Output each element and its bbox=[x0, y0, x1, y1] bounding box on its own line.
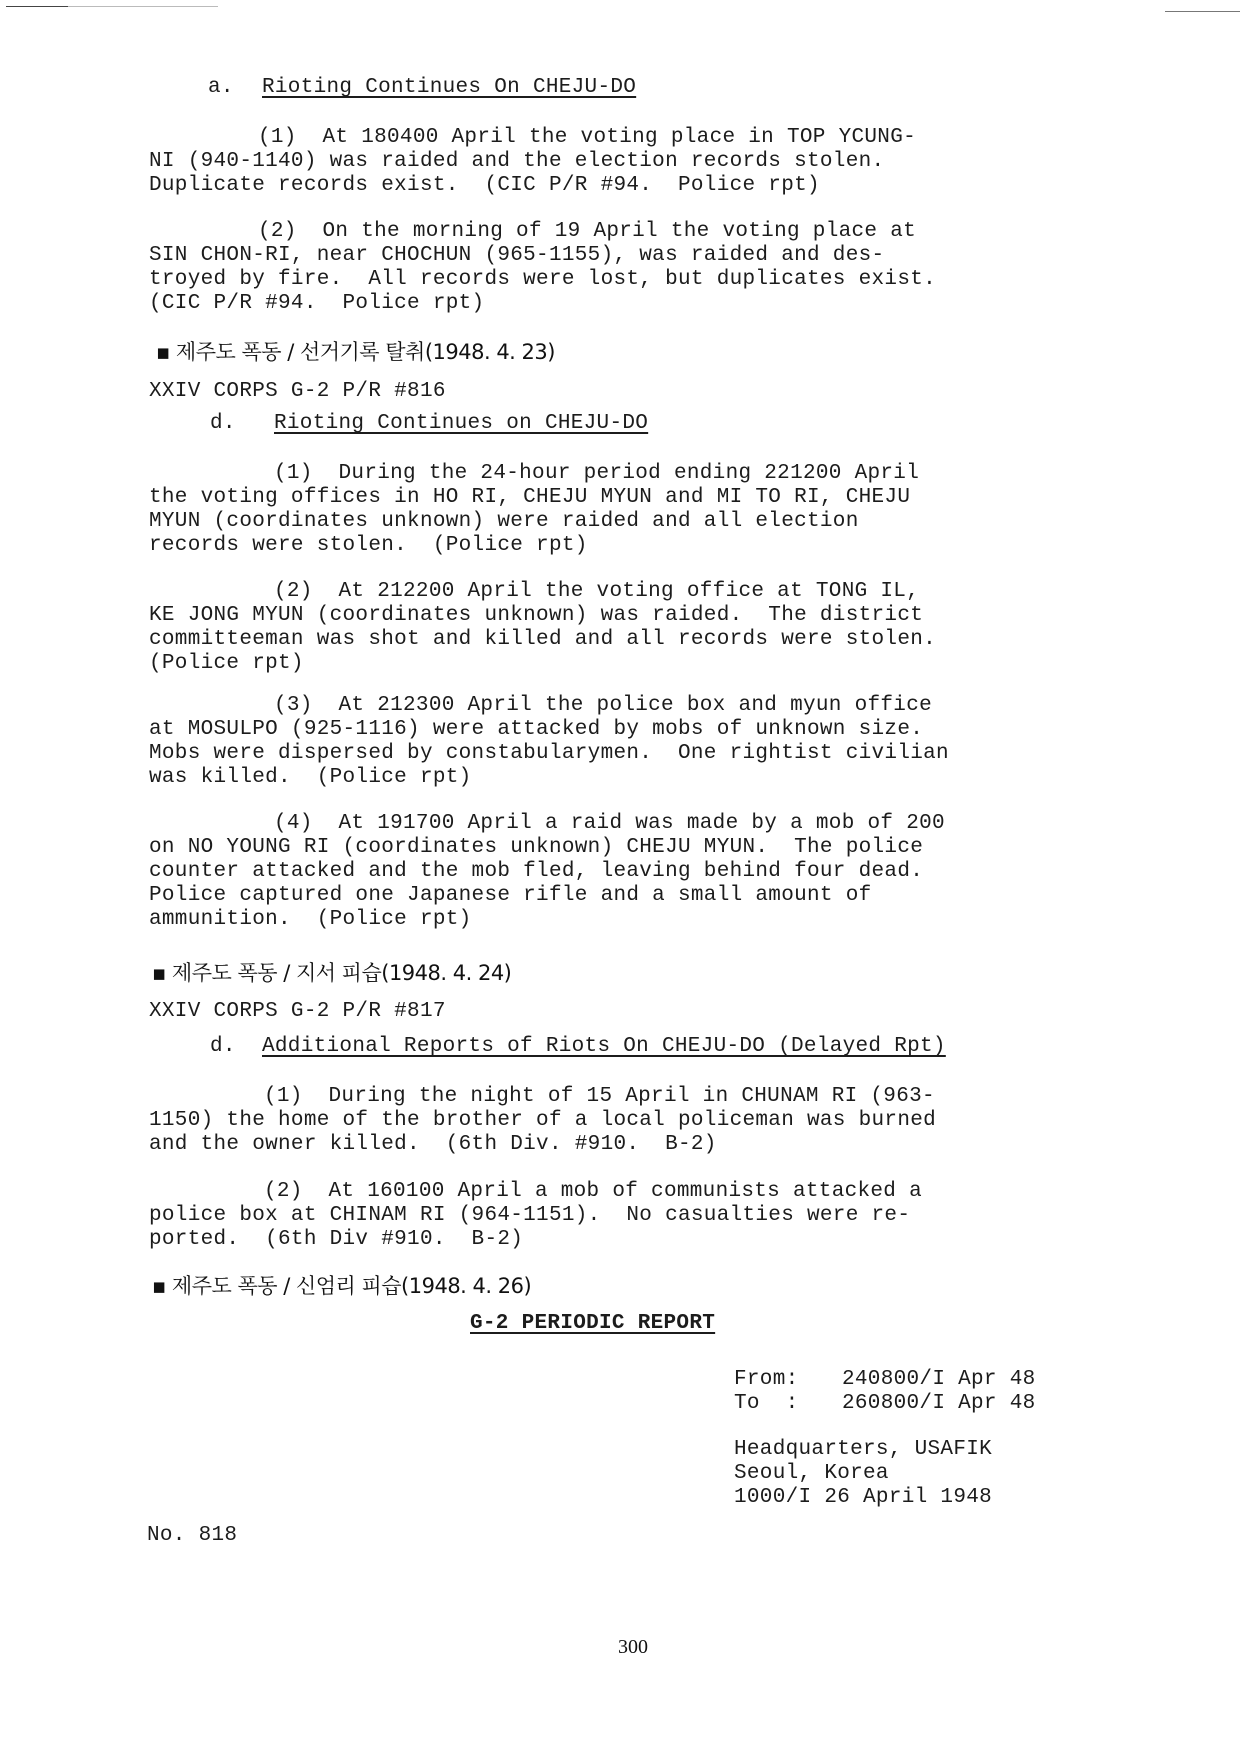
text-line: counter attacked and the mob fled, leavi… bbox=[149, 860, 923, 884]
text-line: (1) During the 24-hour period ending 221… bbox=[274, 462, 919, 486]
scan-artifact-line bbox=[68, 6, 218, 7]
periodic-report-title: G-2 PERIODIC REPORT bbox=[470, 1312, 715, 1336]
text-line: (1) During the night of 15 April in CHUN… bbox=[264, 1085, 935, 1109]
text-line: and the owner killed. (6th Div. #910. B-… bbox=[149, 1133, 717, 1157]
from-value: 240800/I Apr 48 bbox=[842, 1368, 1036, 1392]
text-line: police box at CHINAM RI (964-1151). No c… bbox=[149, 1204, 910, 1228]
scan-artifact-line bbox=[6, 6, 68, 7]
report-816-reference: XXIV CORPS G-2 P/R #816 bbox=[149, 380, 446, 404]
report-817-reference: XXIV CORPS G-2 P/R #817 bbox=[149, 1000, 446, 1024]
text-line: KE JONG MYUN (coordinates unknown) was r… bbox=[149, 604, 923, 628]
text-line: at MOSULPO (925-1116) were attacked by m… bbox=[149, 718, 923, 742]
text-line: (2) At 160100 April a mob of communists … bbox=[264, 1180, 922, 1204]
scan-artifact-line bbox=[1165, 11, 1240, 12]
text-line: Duplicate records exist. (CIC P/R #94. P… bbox=[149, 174, 820, 198]
section-a-label: a. bbox=[208, 76, 234, 100]
text-line: 1150) the home of the brother of a local… bbox=[149, 1109, 936, 1133]
text-line: on NO YOUNG RI (coordinates unknown) CHE… bbox=[149, 836, 923, 860]
text-line: (2) At 212200 April the voting office at… bbox=[274, 580, 919, 604]
text-line: (3) At 212300 April the police box and m… bbox=[274, 694, 932, 718]
hq-line: Seoul, Korea bbox=[734, 1462, 889, 1486]
text-line: (4) At 191700 April a raid was made by a… bbox=[274, 812, 945, 836]
report-816-title: Rioting Continues on CHEJU-DO bbox=[274, 412, 648, 436]
text-line: the voting offices in HO RI, CHEJU MYUN … bbox=[149, 486, 910, 510]
korean-caption-3: ▪ 제주도 폭동 / 신엄리 피습(1948. 4. 26) bbox=[152, 1270, 531, 1300]
text-line: was killed. (Police rpt) bbox=[149, 766, 472, 790]
report-816-label: d. bbox=[210, 412, 236, 436]
to-value: 260800/I Apr 48 bbox=[842, 1392, 1036, 1416]
text-line: (Police rpt) bbox=[149, 652, 304, 676]
text-line: records were stolen. (Police rpt) bbox=[149, 534, 588, 558]
to-label: To : bbox=[734, 1392, 799, 1416]
text-line: Mobs were dispersed by constabularymen. … bbox=[149, 742, 949, 766]
hq-line: Headquarters, USAFIK bbox=[734, 1438, 992, 1462]
hq-line: 1000/I 26 April 1948 bbox=[734, 1486, 992, 1510]
text-line: Police captured one Japanese rifle and a… bbox=[149, 884, 872, 908]
report-number: No. 818 bbox=[147, 1524, 237, 1548]
text-line: troyed by fire. All records were lost, b… bbox=[149, 268, 936, 292]
text-line: (CIC P/R #94. Police rpt) bbox=[149, 292, 484, 316]
text-line: (1) At 180400 April the voting place in … bbox=[258, 126, 916, 150]
text-line: ported. (6th Div #910. B-2) bbox=[149, 1228, 523, 1252]
document-page: a. Rioting Continues On CHEJU-DO (1) At … bbox=[0, 0, 1240, 1755]
from-label: From: bbox=[734, 1368, 799, 1392]
korean-caption-1: ▪ 제주도 폭동 / 선거기록 탈취(1948. 4. 23) bbox=[156, 336, 555, 366]
page-number: 300 bbox=[618, 1636, 648, 1659]
text-line: (2) On the morning of 19 April the votin… bbox=[258, 220, 916, 244]
report-817-title: Additional Reports of Riots On CHEJU-DO … bbox=[262, 1035, 946, 1059]
text-line: SIN CHON-RI, near CHOCHUN (965-1155), wa… bbox=[149, 244, 884, 268]
korean-caption-2: ▪ 제주도 폭동 / 지서 피습(1948. 4. 24) bbox=[152, 957, 511, 987]
text-line: committeeman was shot and killed and all… bbox=[149, 628, 936, 652]
text-line: NI (940-1140) was raided and the electio… bbox=[149, 150, 884, 174]
report-817-label: d. bbox=[210, 1035, 236, 1059]
text-line: MYUN (coordinates unknown) were raided a… bbox=[149, 510, 859, 534]
section-a-title: Rioting Continues On CHEJU-DO bbox=[262, 76, 636, 100]
text-line: ammunition. (Police rpt) bbox=[149, 908, 472, 932]
